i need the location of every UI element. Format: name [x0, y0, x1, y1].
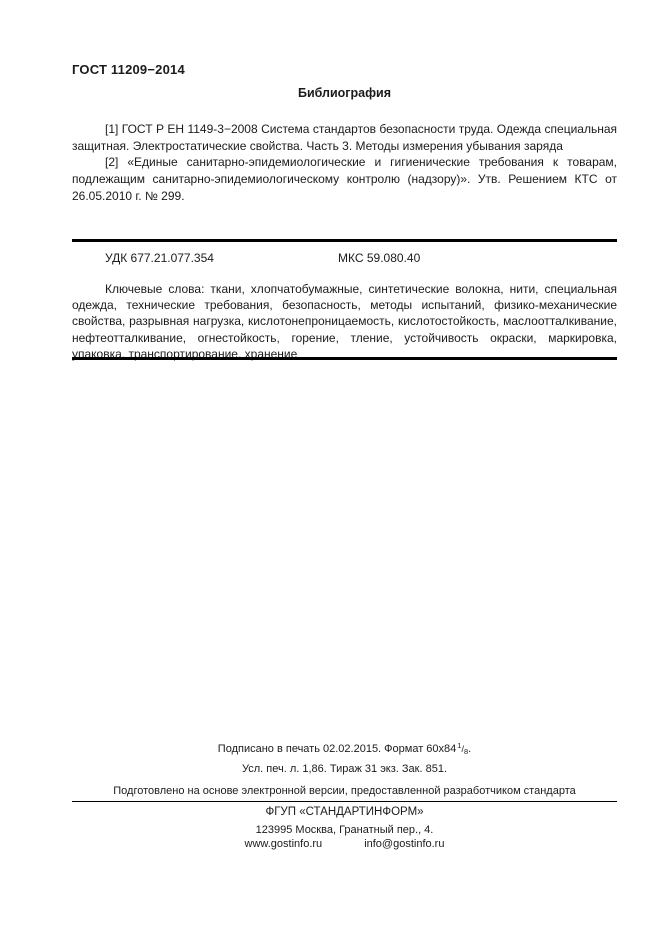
imprint-print-info-period: . — [468, 743, 471, 755]
mks-code: МКС 59.080.40 — [338, 251, 420, 265]
bibliography-item-2: [2] «Единые санитарно-эпидемиологические… — [72, 154, 617, 204]
keywords-section: Ключевые слова: ткани, хлопчатобумажные,… — [72, 281, 617, 362]
udk-code: УДК 677.21.077.354 — [105, 251, 214, 265]
imprint-print-info-text: Подписано в печать 02.02.2015. Формат 60… — [218, 743, 456, 755]
publisher-address: 123995 Москва, Гранатный пер., 4. — [72, 824, 617, 836]
bibliography-section: [1] ГОСТ Р ЕН 1149-3−2008 Система станда… — [72, 121, 617, 205]
document-page: ГОСТ 11209−2014 Библиография [1] ГОСТ Р … — [0, 0, 661, 936]
horizontal-rule-top — [72, 239, 617, 242]
publisher-contacts: www.gostinfo.ru info@gostinfo.ru — [72, 838, 617, 850]
imprint-source-note: Подготовлено на основе электронной верси… — [72, 784, 617, 798]
keywords-paragraph: Ключевые слова: ткани, хлопчатобумажные,… — [72, 281, 617, 362]
imprint-edition-info: Усл. печ. л. 1,86. Тираж 31 экз. Зак. 85… — [72, 762, 617, 776]
publisher-website: www.gostinfo.ru — [245, 838, 323, 850]
classification-row: УДК 677.21.077.354 МКС 59.080.40 — [72, 251, 617, 267]
section-title: Библиография — [72, 86, 617, 100]
publisher-name: ФГУП «СТАНДАРТИНФОРМ» — [72, 806, 617, 818]
imprint-print-info: Подписано в печать 02.02.2015. Формат 60… — [72, 739, 617, 759]
doc-code: ГОСТ 11209−2014 — [72, 62, 185, 77]
horizontal-rule-bottom — [72, 357, 617, 360]
bibliography-item-1: [1] ГОСТ Р ЕН 1149-3−2008 Система станда… — [72, 121, 617, 154]
publisher-divider-rule — [72, 801, 617, 802]
publisher-email: info@gostinfo.ru — [364, 838, 444, 850]
